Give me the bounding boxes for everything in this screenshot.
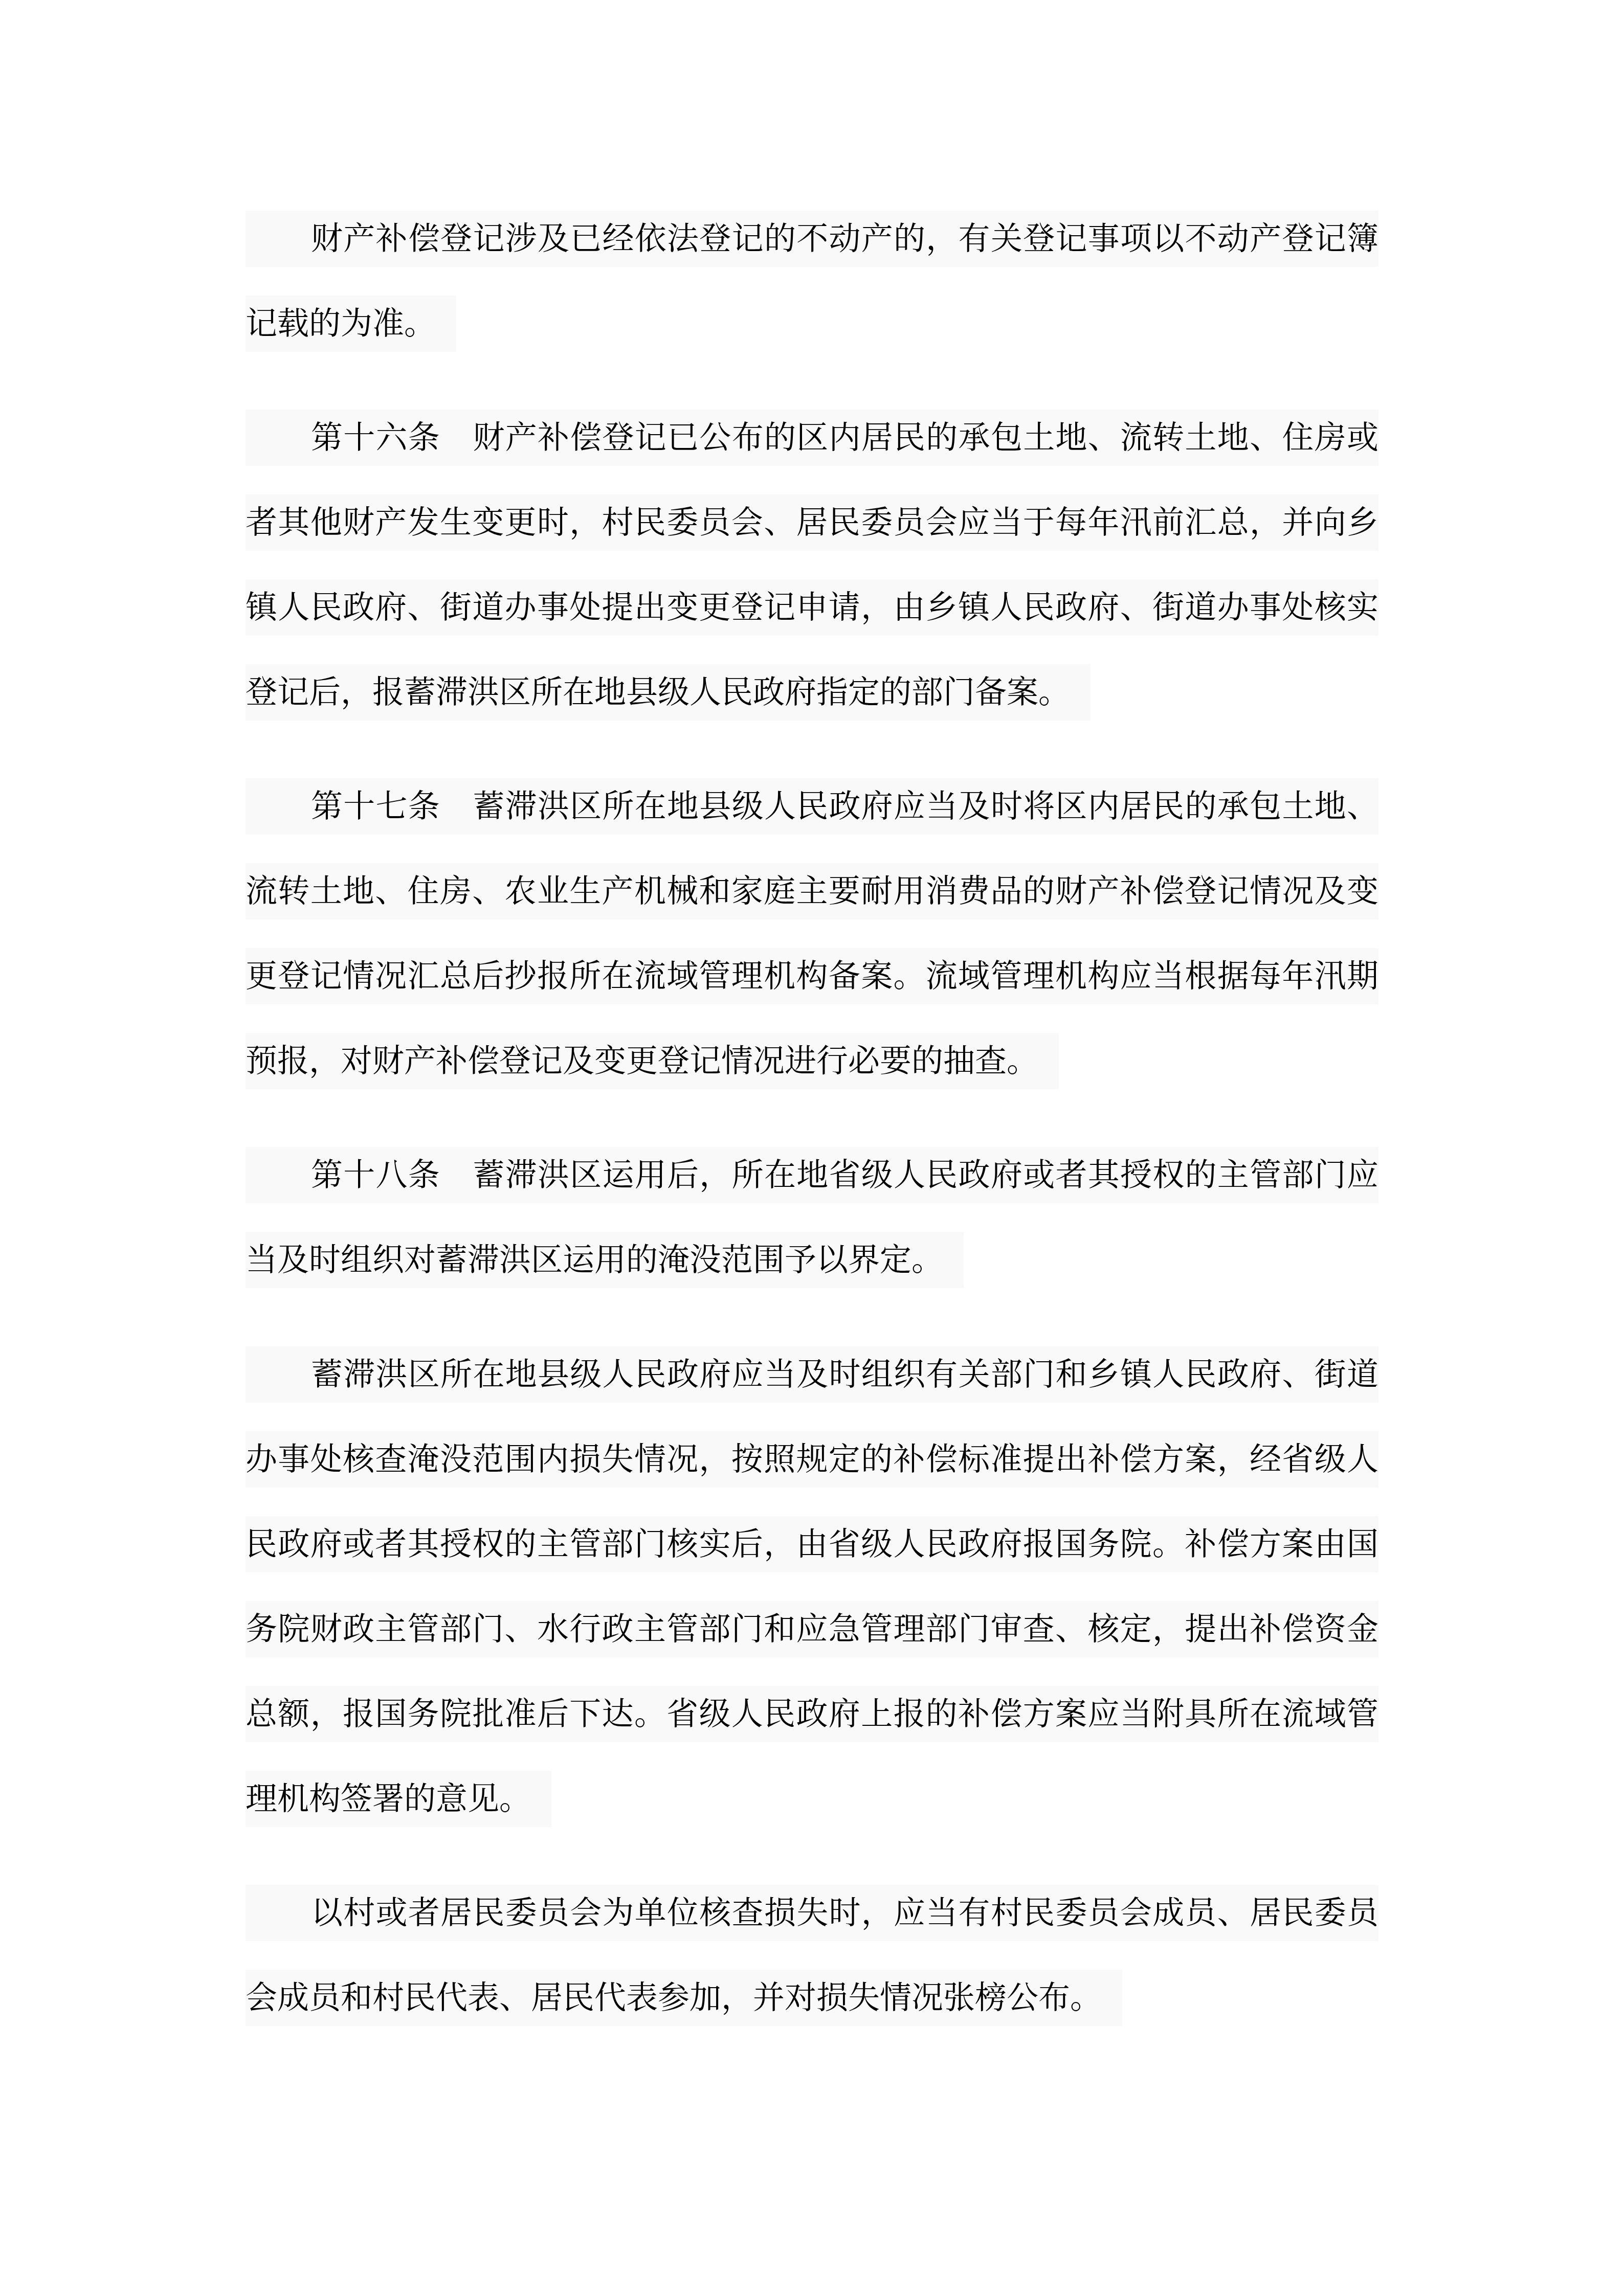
- text-line-content: 流转土地、住房、农业生产机械和家庭主要耐用消费品的财产补偿登记情况及变: [246, 872, 1378, 910]
- text-line: 当及时组织对蓄滞洪区运用的淹没范围予以界定。: [246, 1232, 964, 1288]
- text-line: 第十六条 财产补偿登记已公布的区内居民的承包土地、流转土地、住房或: [246, 410, 1378, 466]
- text-line: 者其他财产发生变更时，村民委员会、居民委员会应当于每年汛前汇总，并向乡: [246, 494, 1378, 551]
- text-line-content: 办事处核查淹没范围内损失情况，按照规定的补偿标准提出补偿方案，经省级人: [246, 1440, 1378, 1478]
- text-line: 财产补偿登记涉及已经依法登记的不动产的，有关登记事项以不动产登记簿: [246, 211, 1378, 267]
- text-line: 镇人民政府、街道办事处提出变更登记申请，由乡镇人民政府、街道办事处核实: [246, 579, 1378, 636]
- text-line-content: 者其他财产发生变更时，村民委员会、居民委员会应当于每年汛前汇总，并向乡: [246, 504, 1378, 541]
- text-line: 登记后，报蓄滞洪区所在地县级人民政府指定的部门备案。: [246, 664, 1091, 721]
- text-line-content: 以村或者居民委员会为单位核查损失时，应当有村民委员会成员、居民委员: [311, 1894, 1378, 1931]
- text-line: 总额，报国务院批准后下达。省级人民政府上报的补偿方案应当附具所在流域管: [246, 1686, 1378, 1742]
- text-line: 更登记情况汇总后抄报所在流域管理机构备案。流域管理机构应当根据每年汛期: [246, 948, 1378, 1004]
- text-line-content: 民政府或者其授权的主管部门核实后，由省级人民政府报国务院。补偿方案由国: [246, 1525, 1378, 1563]
- text-line-content: 记载的为准。: [246, 305, 436, 342]
- text-line: 流转土地、住房、农业生产机械和家庭主要耐用消费品的财产补偿登记情况及变: [246, 863, 1378, 919]
- text-line: 理机构签署的意见。: [246, 1771, 551, 1827]
- text-line: 会成员和村民代表、居民代表参加，并对损失情况张榜公布。: [246, 1970, 1122, 2026]
- text-line-content: 预报，对财产补偿登记及变更登记情况进行必要的抽查。: [246, 1042, 1038, 1079]
- text-line: 第十八条 蓄滞洪区运用后，所在地省级人民政府或者其授权的主管部门应: [246, 1147, 1378, 1203]
- text-line-content: 镇人民政府、街道办事处提出变更登记申请，由乡镇人民政府、街道办事处核实: [246, 589, 1378, 626]
- document-page: 财产补偿登记涉及已经依法登记的不动产的，有关登记事项以不动产登记簿 记载的为准。…: [0, 0, 1624, 2296]
- text-line-content: 第十七条 蓄滞洪区所在地县级人民政府应当及时将区内居民的承包土地、: [311, 787, 1378, 825]
- text-line-content: 务院财政主管部门、水行政主管部门和应急管理部门审查、核定，提出补偿资金: [246, 1610, 1378, 1648]
- text-line-content: 财产补偿登记涉及已经依法登记的不动产的，有关登记事项以不动产登记簿: [311, 220, 1378, 257]
- text-line: 以村或者居民委员会为单位核查损失时，应当有村民委员会成员、居民委员: [246, 1885, 1378, 1941]
- text-line-content: 登记后，报蓄滞洪区所在地县级人民政府指定的部门备案。: [246, 673, 1070, 711]
- text-line: 务院财政主管部门、水行政主管部门和应急管理部门审查、核定，提出补偿资金: [246, 1601, 1378, 1657]
- text-line-content: 第十六条 财产补偿登记已公布的区内居民的承包土地、流转土地、住房或: [311, 419, 1378, 456]
- text-line-content: 更登记情况汇总后抄报所在流域管理机构备案。流域管理机构应当根据每年汛期: [246, 957, 1378, 995]
- text-line: 预报，对财产补偿登记及变更登记情况进行必要的抽查。: [246, 1033, 1059, 1089]
- text-line-content: 蓄滞洪区所在地县级人民政府应当及时组织有关部门和乡镇人民政府、街道: [311, 1356, 1378, 1393]
- text-line: 民政府或者其授权的主管部门核实后，由省级人民政府报国务院。补偿方案由国: [246, 1516, 1378, 1572]
- text-line: 第十七条 蓄滞洪区所在地县级人民政府应当及时将区内居民的承包土地、: [246, 778, 1378, 835]
- text-line-content: 会成员和村民代表、居民代表参加，并对损失情况张榜公布。: [246, 1979, 1102, 2016]
- text-line-content: 理机构签署的意见。: [246, 1780, 531, 1817]
- text-line-content: 当及时组织对蓄滞洪区运用的淹没范围予以界定。: [246, 1241, 943, 1278]
- text-line: 办事处核查淹没范围内损失情况，按照规定的补偿标准提出补偿方案，经省级人: [246, 1431, 1378, 1488]
- text-line-content: 第十八条 蓄滞洪区运用后，所在地省级人民政府或者其授权的主管部门应: [311, 1156, 1378, 1194]
- text-line-content: 总额，报国务院批准后下达。省级人民政府上报的补偿方案应当附具所在流域管: [246, 1695, 1378, 1732]
- text-line: 记载的为准。: [246, 296, 456, 352]
- text-line: 蓄滞洪区所在地县级人民政府应当及时组织有关部门和乡镇人民政府、街道: [246, 1346, 1378, 1403]
